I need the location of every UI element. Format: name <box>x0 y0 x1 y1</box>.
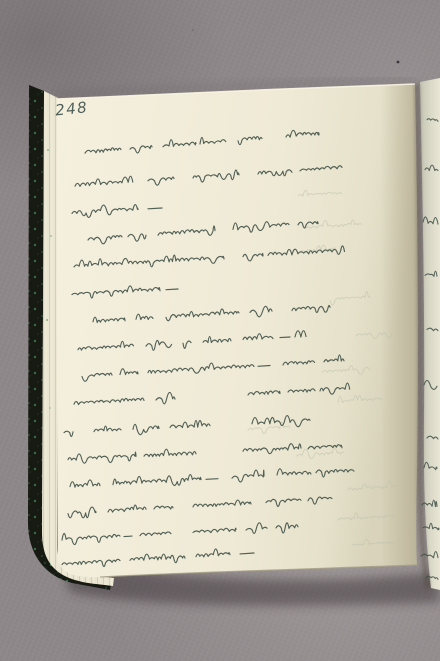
handwriting-word <box>148 208 162 209</box>
notebook-photo: 248 <box>0 0 440 661</box>
handwriting-word <box>124 536 132 537</box>
handwriting-word <box>166 289 178 290</box>
handwriting-word <box>258 366 270 367</box>
gutter-shade <box>380 84 418 566</box>
notebook-page <box>57 84 418 577</box>
handwriting-word <box>280 337 290 338</box>
dust-speck <box>192 29 193 30</box>
handwriting-word <box>206 479 218 480</box>
page-number: 248 <box>54 98 89 119</box>
dust-speck <box>397 61 400 64</box>
